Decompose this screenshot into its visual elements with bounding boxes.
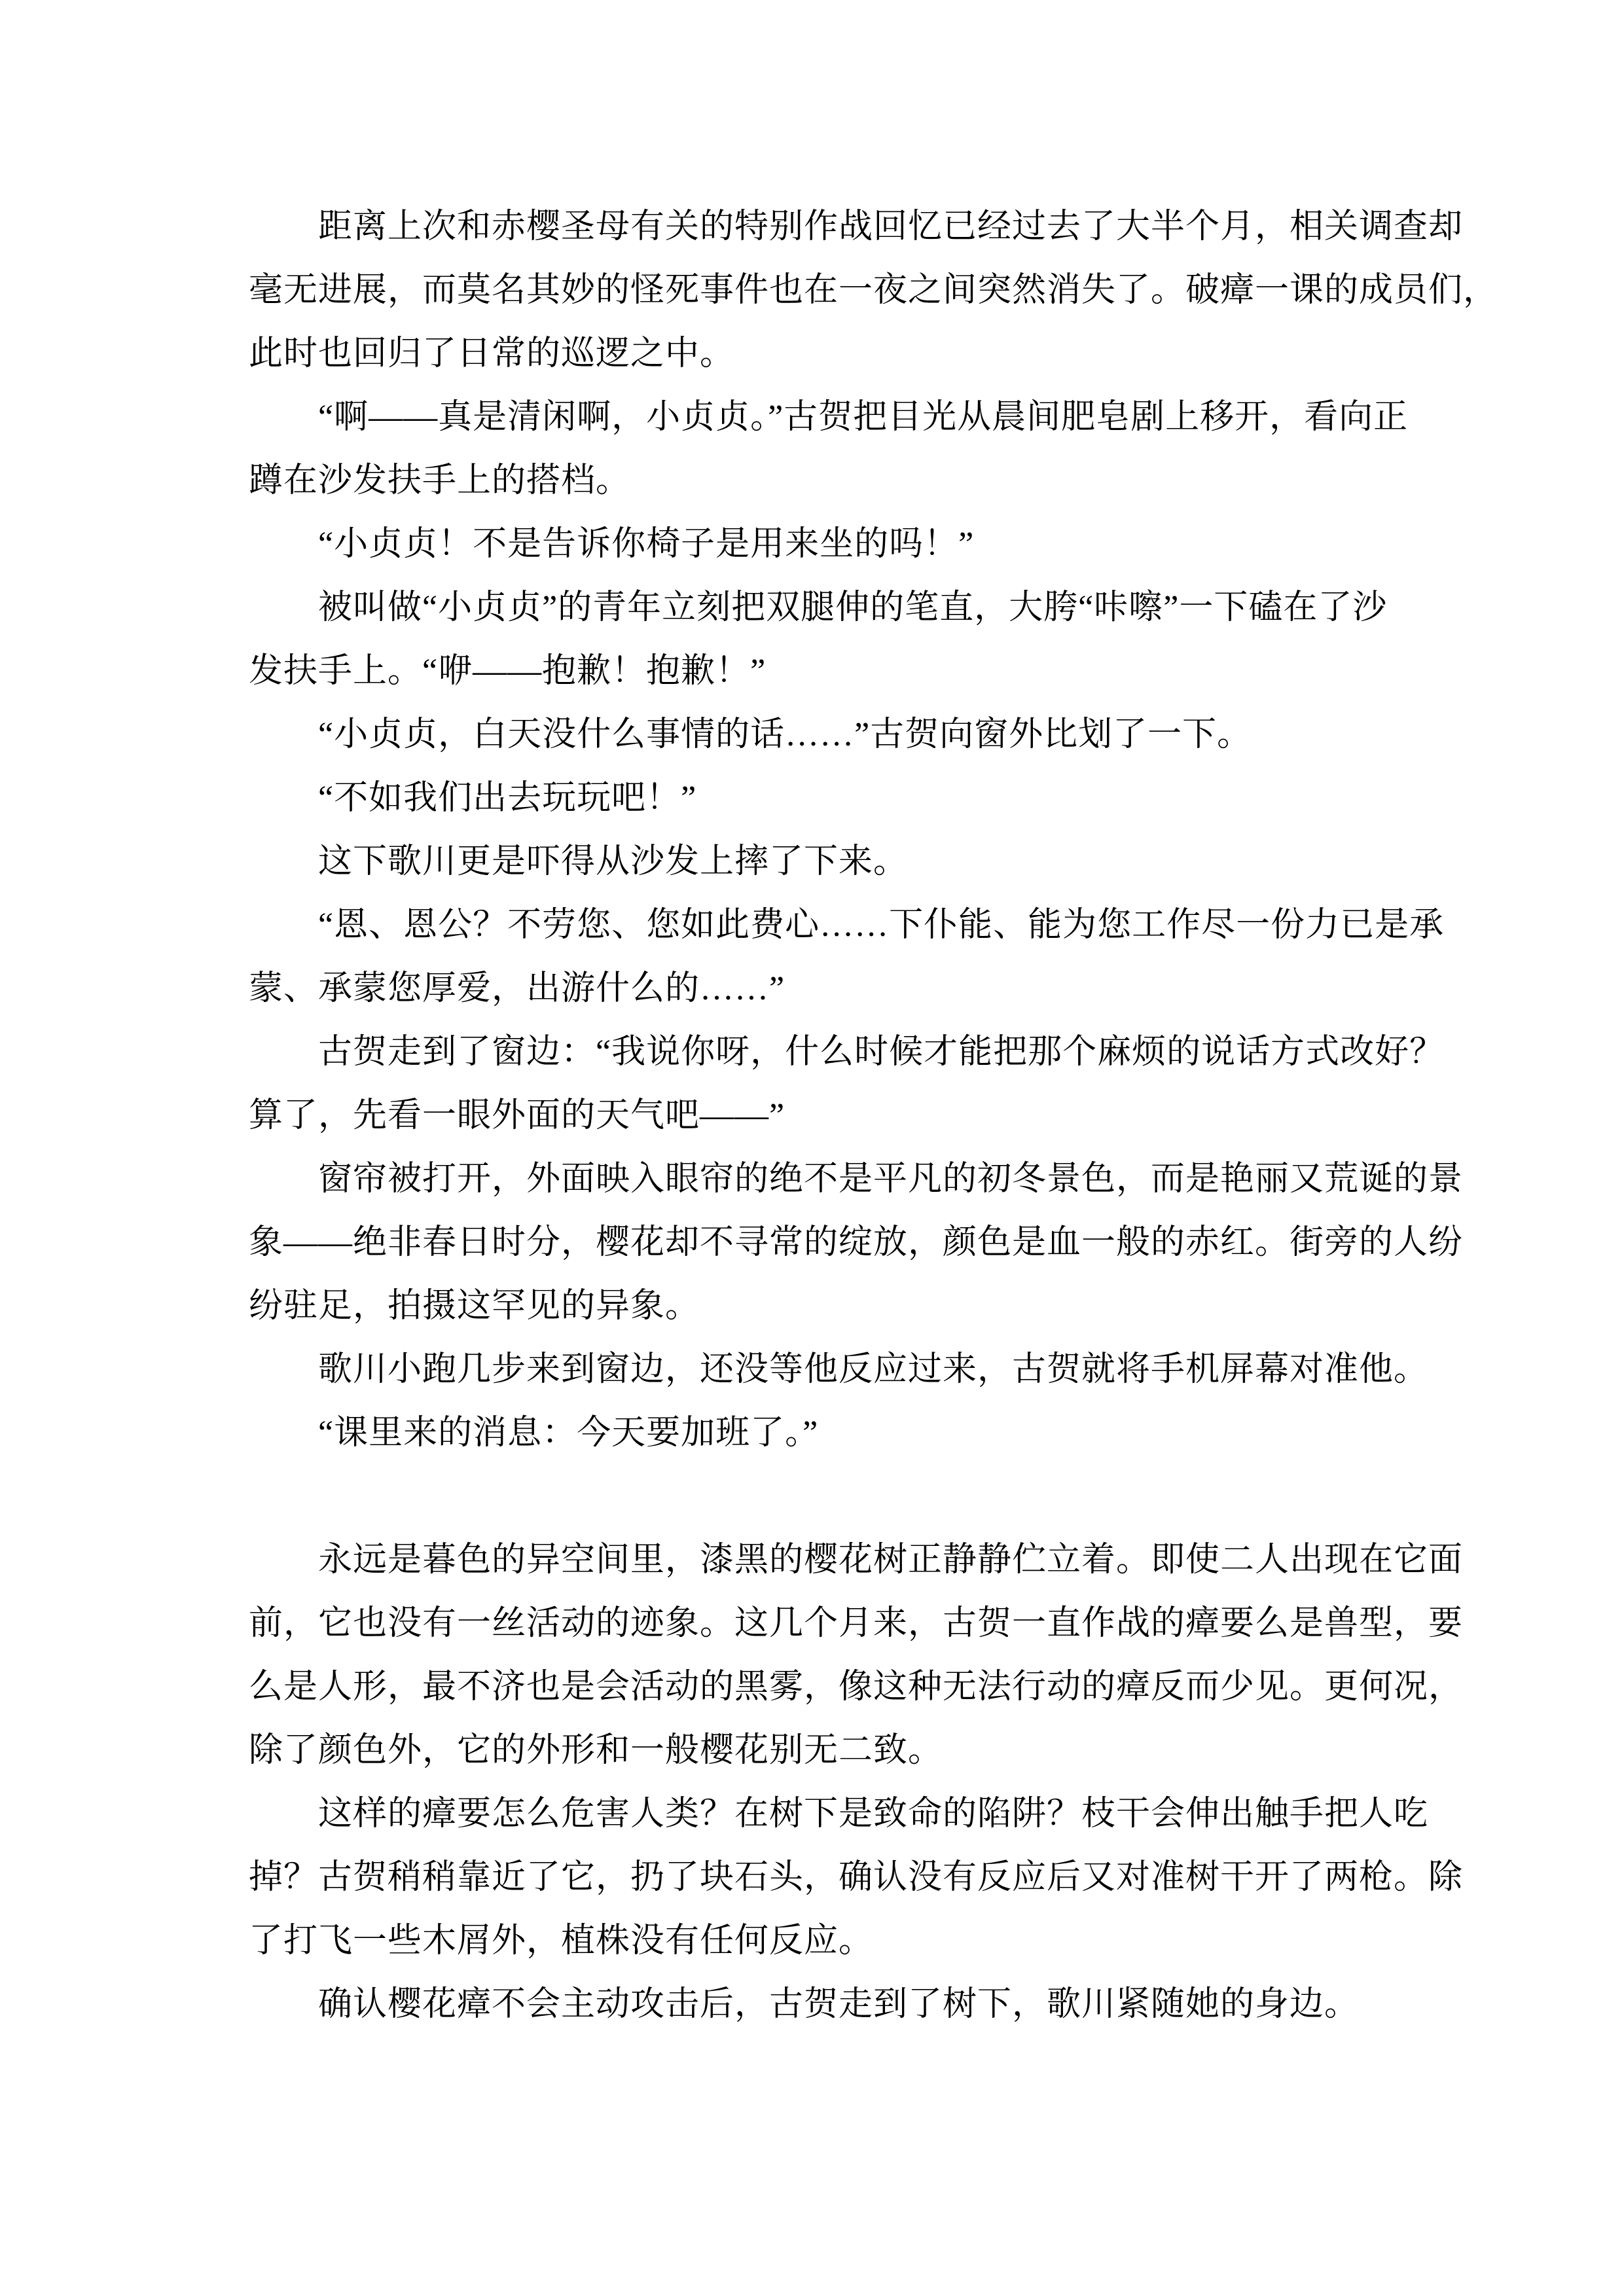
- text-line: 距离上次和赤樱圣母有关的特别作战回忆已经过去了大半个月，相关调查却: [249, 195, 1420, 259]
- paragraph: 确认樱花瘴不会主动攻击后，古贺走到了树下，歌川紧随她的身边。: [249, 1973, 1420, 2036]
- text-line: 古贺走到了窗边：“我说你呀，什么时候才能把那个麻烦的说话方式改好？: [249, 1020, 1420, 1084]
- text-line: 毫无进展，而莫名其妙的怪死事件也在一夜之间突然消失了。破瘴一课的成员们，: [249, 259, 1420, 322]
- paragraph: 距离上次和赤樱圣母有关的特别作战回忆已经过去了大半个月，相关调查却毫无进展，而莫…: [249, 195, 1420, 386]
- text-line: 这下歌川更是吓得从沙发上摔了下来。: [249, 830, 1420, 893]
- paragraph: 这样的瘴要怎么危害人类？在树下是致命的陷阱？枝干会伸出触手把人吃掉？古贺稍稍靠近…: [249, 1782, 1420, 1973]
- text-line: 纷驻足，拍摄这罕见的异象。: [249, 1274, 1420, 1338]
- paragraph: “课里来的消息：今天要加班了。”: [249, 1401, 1420, 1465]
- text-line: “小贞贞，白天没什么事情的话……”古贺向窗外比划了一下。: [249, 703, 1420, 766]
- paragraph: 永远是暮色的异空间里，漆黑的樱花树正静静伫立着。即使二人出现在它面前，它也没有一…: [249, 1528, 1420, 1782]
- text-line: 么是人形，最不济也是会活动的黑雾，像这种无法行动的瘴反而少见。更何况，: [249, 1655, 1420, 1719]
- text-line: 算了，先看一眼外面的天气吧——”: [249, 1084, 1420, 1147]
- text-line: 前，它也没有一丝活动的迹象。这几个月来，古贺一直作战的瘴要么是兽型，要: [249, 1592, 1420, 1655]
- text-line: 窗帘被打开，外面映入眼帘的绝不是平凡的初冬景色，而是艳丽又荒诞的景: [249, 1147, 1420, 1211]
- paragraph: 古贺走到了窗边：“我说你呀，什么时候才能把那个麻烦的说话方式改好？算了，先看一眼…: [249, 1020, 1420, 1147]
- scene-break: [249, 1465, 1420, 1528]
- text-line: 永远是暮色的异空间里，漆黑的樱花树正静静伫立着。即使二人出现在它面: [249, 1528, 1420, 1592]
- document-page: 距离上次和赤樱圣母有关的特别作战回忆已经过去了大半个月，相关调查却毫无进展，而莫…: [0, 0, 1624, 2296]
- blank-line: [249, 1465, 1420, 1528]
- text-line: 象——绝非春日时分，樱花却不寻常的绽放，颜色是血一般的赤红。街旁的人纷: [249, 1211, 1420, 1274]
- document-body: 距离上次和赤樱圣母有关的特别作战回忆已经过去了大半个月，相关调查却毫无进展，而莫…: [249, 195, 1420, 2036]
- text-line: 发扶手上。“咿——抱歉！抱歉！”: [249, 639, 1420, 703]
- text-line: 确认樱花瘴不会主动攻击后，古贺走到了树下，歌川紧随她的身边。: [249, 1973, 1420, 2036]
- text-line: “不如我们出去玩玩吧！”: [249, 766, 1420, 830]
- text-line: 歌川小跑几步来到窗边，还没等他反应过来，古贺就将手机屏幕对准他。: [249, 1338, 1420, 1401]
- text-line: “啊——真是清闲啊，小贞贞。”古贺把目光从晨间肥皂剧上移开，看向正: [249, 386, 1420, 449]
- text-line: “课里来的消息：今天要加班了。”: [249, 1401, 1420, 1465]
- paragraph: 这下歌川更是吓得从沙发上摔了下来。: [249, 830, 1420, 893]
- paragraph: 歌川小跑几步来到窗边，还没等他反应过来，古贺就将手机屏幕对准他。: [249, 1338, 1420, 1401]
- text-line: 蒙、承蒙您厚爱，出游什么的……”: [249, 957, 1420, 1020]
- paragraph: 被叫做“小贞贞”的青年立刻把双腿伸的笔直，大胯“咔嚓”一下磕在了沙发扶手上。“咿…: [249, 576, 1420, 703]
- text-line: “小贞贞！不是告诉你椅子是用来坐的吗！”: [249, 512, 1420, 576]
- paragraph: “小贞贞！不是告诉你椅子是用来坐的吗！”: [249, 512, 1420, 576]
- text-line: 这样的瘴要怎么危害人类？在树下是致命的陷阱？枝干会伸出触手把人吃: [249, 1782, 1420, 1846]
- text-line: 了打飞一些木屑外，植株没有任何反应。: [249, 1909, 1420, 1973]
- paragraph: “小贞贞，白天没什么事情的话……”古贺向窗外比划了一下。: [249, 703, 1420, 766]
- paragraph: “恩、恩公？不劳您、您如此费心……下仆能、能为您工作尽一份力已是承蒙、承蒙您厚爱…: [249, 893, 1420, 1020]
- text-line: 被叫做“小贞贞”的青年立刻把双腿伸的笔直，大胯“咔嚓”一下磕在了沙: [249, 576, 1420, 639]
- text-line: “恩、恩公？不劳您、您如此费心……下仆能、能为您工作尽一份力已是承: [249, 893, 1420, 957]
- text-line: 除了颜色外，它的外形和一般樱花别无二致。: [249, 1719, 1420, 1782]
- text-line: 蹲在沙发扶手上的搭档。: [249, 449, 1420, 512]
- paragraph: “不如我们出去玩玩吧！”: [249, 766, 1420, 830]
- text-line: 此时也回归了日常的巡逻之中。: [249, 322, 1420, 386]
- text-line: 掉？古贺稍稍靠近了它，扔了块石头，确认没有反应后又对准树干开了两枪。除: [249, 1846, 1420, 1909]
- paragraph: “啊——真是清闲啊，小贞贞。”古贺把目光从晨间肥皂剧上移开，看向正蹲在沙发扶手上…: [249, 386, 1420, 512]
- paragraph: 窗帘被打开，外面映入眼帘的绝不是平凡的初冬景色，而是艳丽又荒诞的景象——绝非春日…: [249, 1147, 1420, 1338]
